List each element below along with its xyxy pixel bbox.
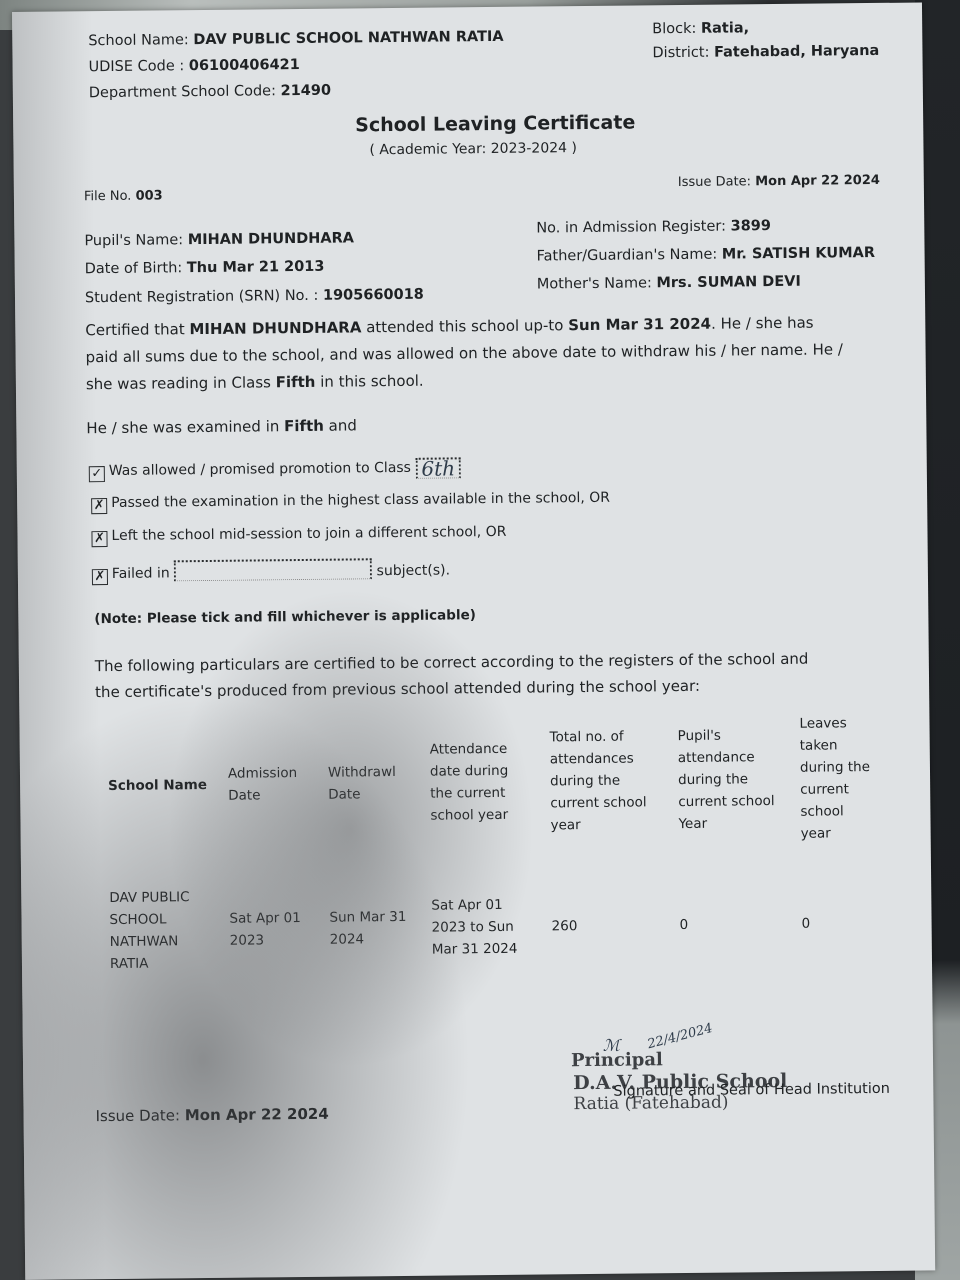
option-text: Failed in (112, 565, 170, 582)
school-name: DAV PUBLIC SCHOOL NATHWAN RATIA (193, 29, 503, 48)
certificate-title: School Leaving Certificate (355, 111, 635, 136)
cell-leaves-taken: 0 (791, 853, 882, 994)
certificate-paper: School Name: DAV PUBLIC SCHOOL NATHWAN R… (12, 2, 935, 1279)
option-promotion: ✓Was allowed / promised promotion to Cla… (89, 457, 461, 482)
pupil-name: MIHAN DHUNDHARA (188, 230, 354, 248)
district-label: District: (652, 45, 709, 62)
footer-issue-date-label: Issue Date: (95, 1106, 180, 1125)
admission-no: 3899 (730, 218, 771, 234)
stmt-leave-date: Sun Mar 31 2024 (568, 315, 711, 334)
col-admission-date: Admission Date (217, 709, 319, 860)
option-text: Passed the examination in the highest cl… (111, 490, 610, 511)
cell-attendance-dates: Sat Apr 01 2023 to Sun Mar 31 2024 (421, 857, 542, 998)
signature-scribble: ℳ (603, 1036, 620, 1055)
option-text: subject(s). (377, 562, 451, 579)
option-text: Left the school mid-session to join a di… (111, 524, 506, 544)
block-value: Ratia, (701, 20, 749, 37)
father-line: Father/Guardian's Name: Mr. SATISH KUMAR (537, 245, 876, 265)
signature-caption: Signature and Seal of Head Institution (613, 1081, 890, 1100)
dob-label: Date of Birth: (85, 260, 183, 277)
school-name-line: School Name: DAV PUBLIC SCHOOL NATHWAN R… (88, 29, 503, 49)
col-withdrawal-date: Withdrawl Date (317, 708, 421, 859)
pupil-name-line: Pupil's Name: MIHAN DHUNDHARA (84, 230, 354, 249)
stmt-text: He / she was examined in (86, 417, 284, 437)
father-name: Mr. SATISH KUMAR (722, 245, 875, 263)
promotion-class-field[interactable]: 6th (415, 457, 461, 478)
option-text: Was allowed / promised promotion to Clas… (109, 460, 411, 479)
dob-value: Thu Mar 21 2013 (187, 259, 325, 276)
failed-subjects-field[interactable] (174, 558, 372, 581)
stmt-text: attended this school up-to (361, 316, 568, 336)
table-row: DAV PUBLIC SCHOOL NATHWAN RATIA Sat Apr … (99, 853, 882, 1001)
pupil-name-label: Pupil's Name: (84, 232, 183, 249)
table-header-row: School Name Admission Date Withdrawl Dat… (97, 703, 881, 861)
dept-code-line: Department School Code: 21490 (89, 83, 331, 102)
examined-line: He / she was examined in Fifth and (86, 416, 357, 437)
dept-code: 21490 (280, 83, 331, 100)
footer-issue-date-value: Mon Apr 22 2024 (185, 1105, 329, 1125)
district-line: District: Fatehabad, Haryana (652, 43, 879, 61)
cell-pupil-attendance: 0 (669, 854, 792, 995)
srn-label: Student Registration (SRN) No. : (85, 288, 319, 306)
stmt-class: Fifth (276, 373, 316, 391)
cross-checkbox[interactable]: ✗ (91, 531, 107, 547)
col-school-name: School Name (97, 710, 219, 861)
note: (Note: Please tick and fill whichever is… (94, 607, 476, 627)
particulars-intro: The following particulars are certified … (95, 646, 816, 706)
stmt-text: Certified that (85, 320, 189, 339)
examined-class: Fifth (284, 417, 324, 435)
academic-year: ( Academic Year: 2023-2024 ) (369, 140, 577, 158)
option-failed: ✗Failed in subject(s). (92, 557, 450, 585)
admission-no-line: No. in Admission Register: 3899 (536, 218, 771, 236)
cell-withdrawal-date: Sun Mar 31 2024 (319, 858, 422, 999)
issue-date-value: Mon Apr 22 2024 (755, 173, 880, 189)
cell-school-name: DAV PUBLIC SCHOOL NATHWAN RATIA (99, 860, 220, 1001)
file-no: 003 (135, 188, 162, 203)
block-line: Block: Ratia, (652, 20, 749, 37)
tick-checkbox[interactable]: ✓ (89, 466, 105, 482)
col-total-attendances: Total no. of attendances during the curr… (539, 705, 669, 856)
dept-code-label: Department School Code: (89, 83, 276, 101)
udise-label: UDISE Code : (88, 58, 184, 75)
district-value: Fatehabad, Haryana (714, 43, 879, 61)
cell-admission-date: Sat Apr 01 2023 (219, 859, 320, 1000)
col-leaves-taken: Leaves taken during the current school y… (789, 703, 881, 854)
cross-checkbox[interactable]: ✗ (91, 498, 107, 514)
option-left-mid-session: ✗Left the school mid-session to join a d… (91, 524, 506, 547)
certification-paragraph: Certified that MIHAN DHUNDHARA attended … (85, 309, 846, 398)
issue-date-label: Issue Date: (678, 174, 751, 190)
handwritten-date: 22/4/2024 (646, 1021, 714, 1052)
cell-total-attendances: 260 (541, 855, 670, 996)
father-label: Father/Guardian's Name: (537, 247, 718, 265)
col-pupil-attendance: Pupil's attendance during the current sc… (667, 704, 791, 855)
block-label: Block: (652, 21, 696, 37)
udise-line: UDISE Code : 06100406421 (88, 57, 299, 75)
stmt-pupil-name: MIHAN DHUNDHARA (189, 318, 361, 338)
col-attendance-dates: Attendance date during the current schoo… (419, 707, 541, 858)
stmt-text: and (324, 416, 357, 434)
option-passed-highest: ✗Passed the examination in the highest c… (91, 490, 610, 514)
cross-checkbox[interactable]: ✗ (92, 569, 108, 585)
promotion-class-value: 6th (421, 456, 455, 480)
udise-code: 06100406421 (189, 57, 300, 74)
issue-date-top: Issue Date: Mon Apr 22 2024 (678, 173, 880, 190)
school-name-label: School Name: (88, 32, 189, 49)
srn-value: 1905660018 (323, 287, 424, 304)
admission-no-label: No. in Admission Register: (536, 219, 726, 237)
mother-label: Mother's Name: (537, 275, 652, 292)
srn-line: Student Registration (SRN) No. : 1905660… (85, 287, 424, 307)
stmt-text: in this school. (315, 372, 423, 391)
issue-date-footer: Issue Date: Mon Apr 22 2024 (95, 1105, 328, 1125)
dob-line: Date of Birth: Thu Mar 21 2013 (85, 259, 325, 278)
mother-name: Mrs. SUMAN DEVI (656, 274, 801, 292)
file-no-line: File No. 003 (84, 188, 163, 204)
file-no-label: File No. (84, 189, 132, 204)
particulars-table: School Name Admission Date Withdrawl Dat… (97, 703, 882, 1001)
mother-line: Mother's Name: Mrs. SUMAN DEVI (537, 274, 801, 293)
